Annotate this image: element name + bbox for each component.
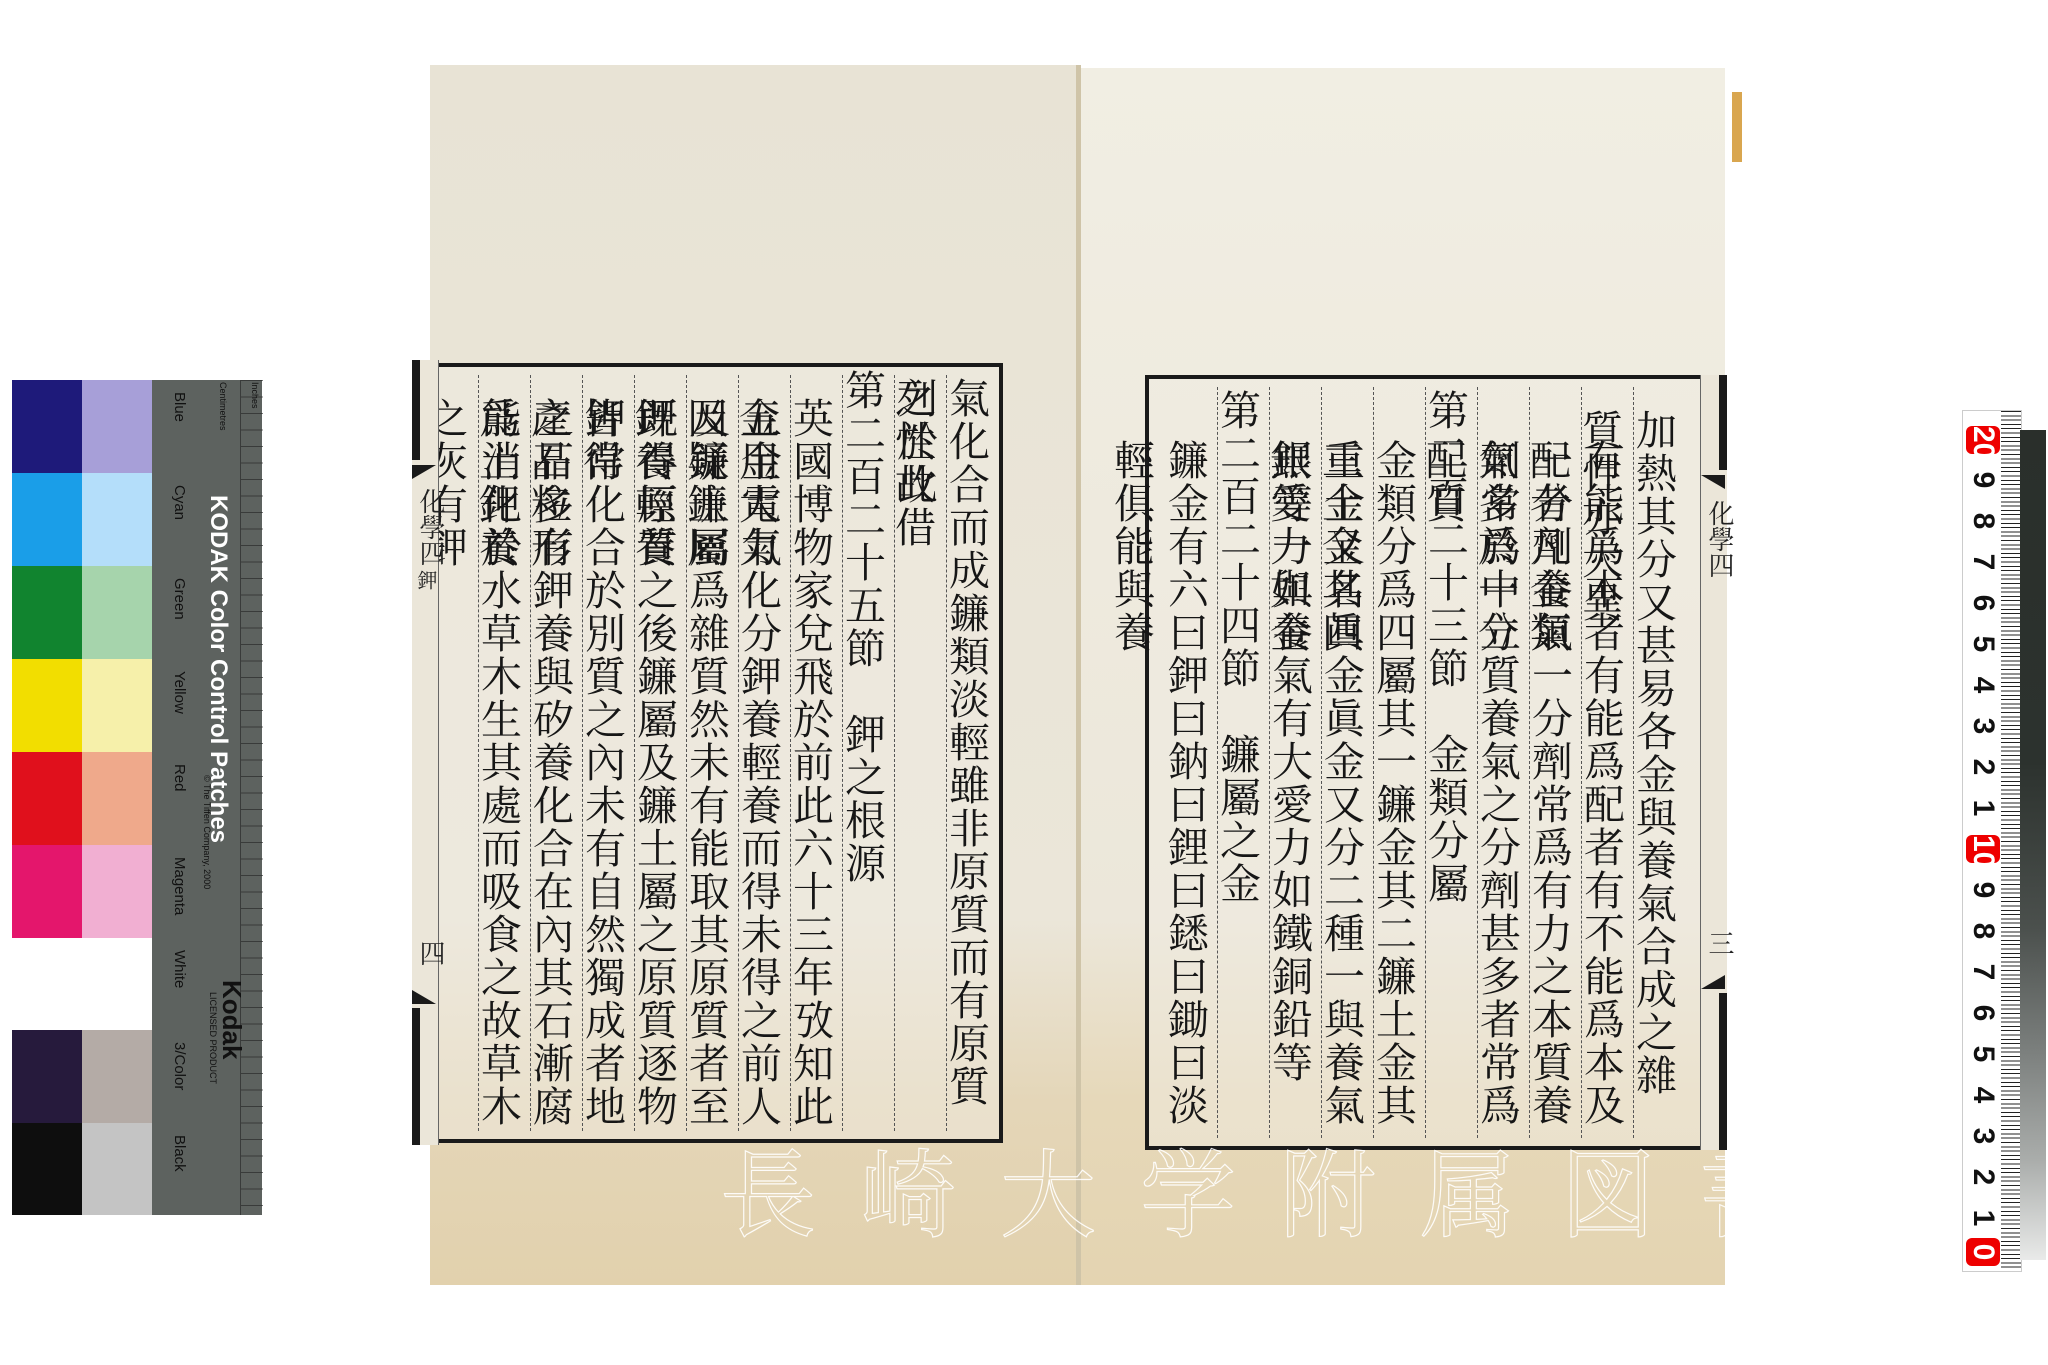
- column-rule: [634, 375, 635, 1131]
- patch-magenta-light: [82, 845, 152, 938]
- fishtail-icon: [1701, 475, 1725, 489]
- ruler-label: 6: [1966, 999, 2000, 1027]
- patch-cyan-dark: [12, 473, 82, 566]
- ruler-label: 8: [1966, 917, 2000, 945]
- patch-white: [12, 938, 82, 1030]
- patch-blue-dark: [12, 380, 82, 473]
- text-column: 列於此: [887, 377, 941, 1129]
- section-heading: 第二百二十三節 金類分屬: [1418, 389, 1472, 1136]
- ruler-label: 0: [1966, 1238, 2000, 1266]
- fold-black-bar: [412, 1008, 420, 1145]
- ruler-label: 8: [1966, 507, 2000, 535]
- fold-black-bar: [1719, 375, 1727, 470]
- patch-3color-dark: [12, 1030, 82, 1123]
- scale-ruler: 20 9 8 7 6 5 4 3 2 1 10 9 8 7 6 5 4 3 2 …: [1962, 410, 2022, 1272]
- ruler-label: 2: [1966, 753, 2000, 781]
- column-rule: [1217, 387, 1218, 1138]
- patch-blue-light: [82, 380, 152, 473]
- ruler-label: 4: [1966, 671, 2000, 699]
- gray-step-wedge: [2020, 430, 2046, 1260]
- patch-magenta-dark: [12, 845, 82, 938]
- ruler-label: 5: [1966, 1040, 2000, 1068]
- left-page-text-frame: 氣化合而成鐮類淡輕雖非原質而有原質之性故借 列於此 第二百二十五節 鉀之根源 英…: [435, 363, 1003, 1143]
- patch-label-green: Green: [171, 578, 188, 620]
- patch-yellow-dark: [12, 659, 82, 752]
- ruler-label: 9: [1966, 466, 2000, 494]
- column-rule: [686, 375, 687, 1131]
- copyright-text: © The Tiffen Company, 2000: [202, 775, 212, 889]
- column-rule: [1373, 387, 1374, 1138]
- ruler-label: 3: [1966, 712, 2000, 740]
- ruler-ticks: [2001, 411, 2021, 1271]
- column-rule: [1581, 387, 1582, 1138]
- ruler-label: 20: [1966, 426, 2000, 454]
- fold-page-number: 三: [1701, 930, 1738, 956]
- patch-label-blue: Blue: [171, 392, 188, 422]
- patch-yellow-light: [82, 659, 152, 752]
- column-rule: [842, 375, 843, 1131]
- text-column: 銀等一與養氣有大愛力如鐵銅鉛等: [1262, 439, 1316, 1136]
- fold-title: 化學四: [412, 488, 449, 566]
- text-column: 鐮金有六曰鉀曰鈉曰鋰曰鏭曰鋤曰淡輕俱能與養: [1104, 439, 1212, 1136]
- column-rule: [946, 375, 947, 1131]
- column-rule: [894, 375, 895, 1131]
- patch-label-red: Red: [171, 764, 188, 792]
- column-rule: [1529, 387, 1530, 1138]
- column-rule: [790, 375, 791, 1131]
- centimetres-label: Centimetres: [218, 382, 228, 431]
- ruler-label: 9: [1966, 876, 2000, 904]
- patch-green-light: [82, 566, 152, 659]
- ruler-label: 7: [1966, 548, 2000, 576]
- ruler-label: 1: [1966, 1204, 2000, 1232]
- right-fold-margin: 化學四 三: [1700, 375, 1727, 1150]
- patch-black-light: [82, 1123, 152, 1215]
- column-rule: [1425, 387, 1426, 1138]
- inch-ruler-ticks: [240, 380, 263, 1215]
- fishtail-icon: [1701, 975, 1725, 989]
- column-rule: [530, 375, 531, 1131]
- patch-cyan-light: [82, 473, 152, 566]
- patch-label-yellow: Yellow: [171, 671, 188, 714]
- column-rule: [1269, 387, 1270, 1138]
- column-rule: [478, 375, 479, 1131]
- patch-label-white: White: [171, 950, 188, 988]
- kodak-gray-ruler: Inches Centimetres KODAK Color Control P…: [152, 380, 262, 1215]
- ruler-label: 3: [1966, 1122, 2000, 1150]
- fold-title: 化學四: [1701, 500, 1738, 578]
- book-spine-gutter: [1076, 65, 1081, 1285]
- right-page-text-frame: 加熱其分又甚易各金與養氣合成之雜質性亦大異 有能爲本者有能爲配者有不能爲本及配者…: [1145, 375, 1720, 1150]
- patch-green-dark: [12, 566, 82, 659]
- column-rule: [1321, 387, 1322, 1138]
- section-heading: 第二百二十五節 鉀之根源: [835, 369, 889, 1129]
- ruler-label: 4: [1966, 1081, 2000, 1109]
- patch-red-light: [82, 752, 152, 845]
- ruler-label: 2: [1966, 1163, 2000, 1191]
- ruler-label: 6: [1966, 589, 2000, 617]
- column-rule: [738, 375, 739, 1131]
- ruler-label: 1: [1966, 794, 2000, 822]
- fishtail-icon: [412, 990, 436, 1004]
- patch-label-black: Black: [171, 1135, 188, 1172]
- patch-label-magenta: Magenta: [171, 857, 188, 915]
- ruler-label: 10: [1966, 835, 2000, 863]
- patch-red-dark: [12, 752, 82, 845]
- library-watermark: 長崎大学附属図書館: [720, 1120, 1980, 1257]
- section-heading: 第二百二十四節 鐮屬之金: [1210, 389, 1264, 1136]
- column-rule: [1477, 387, 1478, 1138]
- licensed-product-text: LICENSED PRODUCT: [208, 992, 218, 1084]
- column-rule: [1633, 387, 1634, 1138]
- patch-black-dark: [12, 1123, 82, 1215]
- patch-label-cyan: Cyan: [171, 485, 188, 520]
- column-rule: [582, 375, 583, 1131]
- patch-3color-light: [82, 1030, 152, 1123]
- ruler-label: 7: [1966, 958, 2000, 986]
- fold-page-number: 四: [412, 940, 449, 966]
- fold-black-bar: [412, 360, 420, 460]
- ruler-label: 5: [1966, 630, 2000, 658]
- fold-subtitle: 鉀: [412, 570, 441, 590]
- fishtail-icon: [412, 465, 436, 479]
- patch-label-3color: 3/Color: [171, 1042, 188, 1090]
- kodak-color-control-patches: Inches Centimetres KODAK Color Control P…: [12, 380, 262, 1215]
- left-fold-margin: 化學四 鉀 四: [412, 360, 439, 1145]
- inches-label: Inches: [250, 382, 260, 409]
- page-edge-tab: [1732, 92, 1742, 162]
- kodak-logo: Kodak: [216, 980, 247, 1059]
